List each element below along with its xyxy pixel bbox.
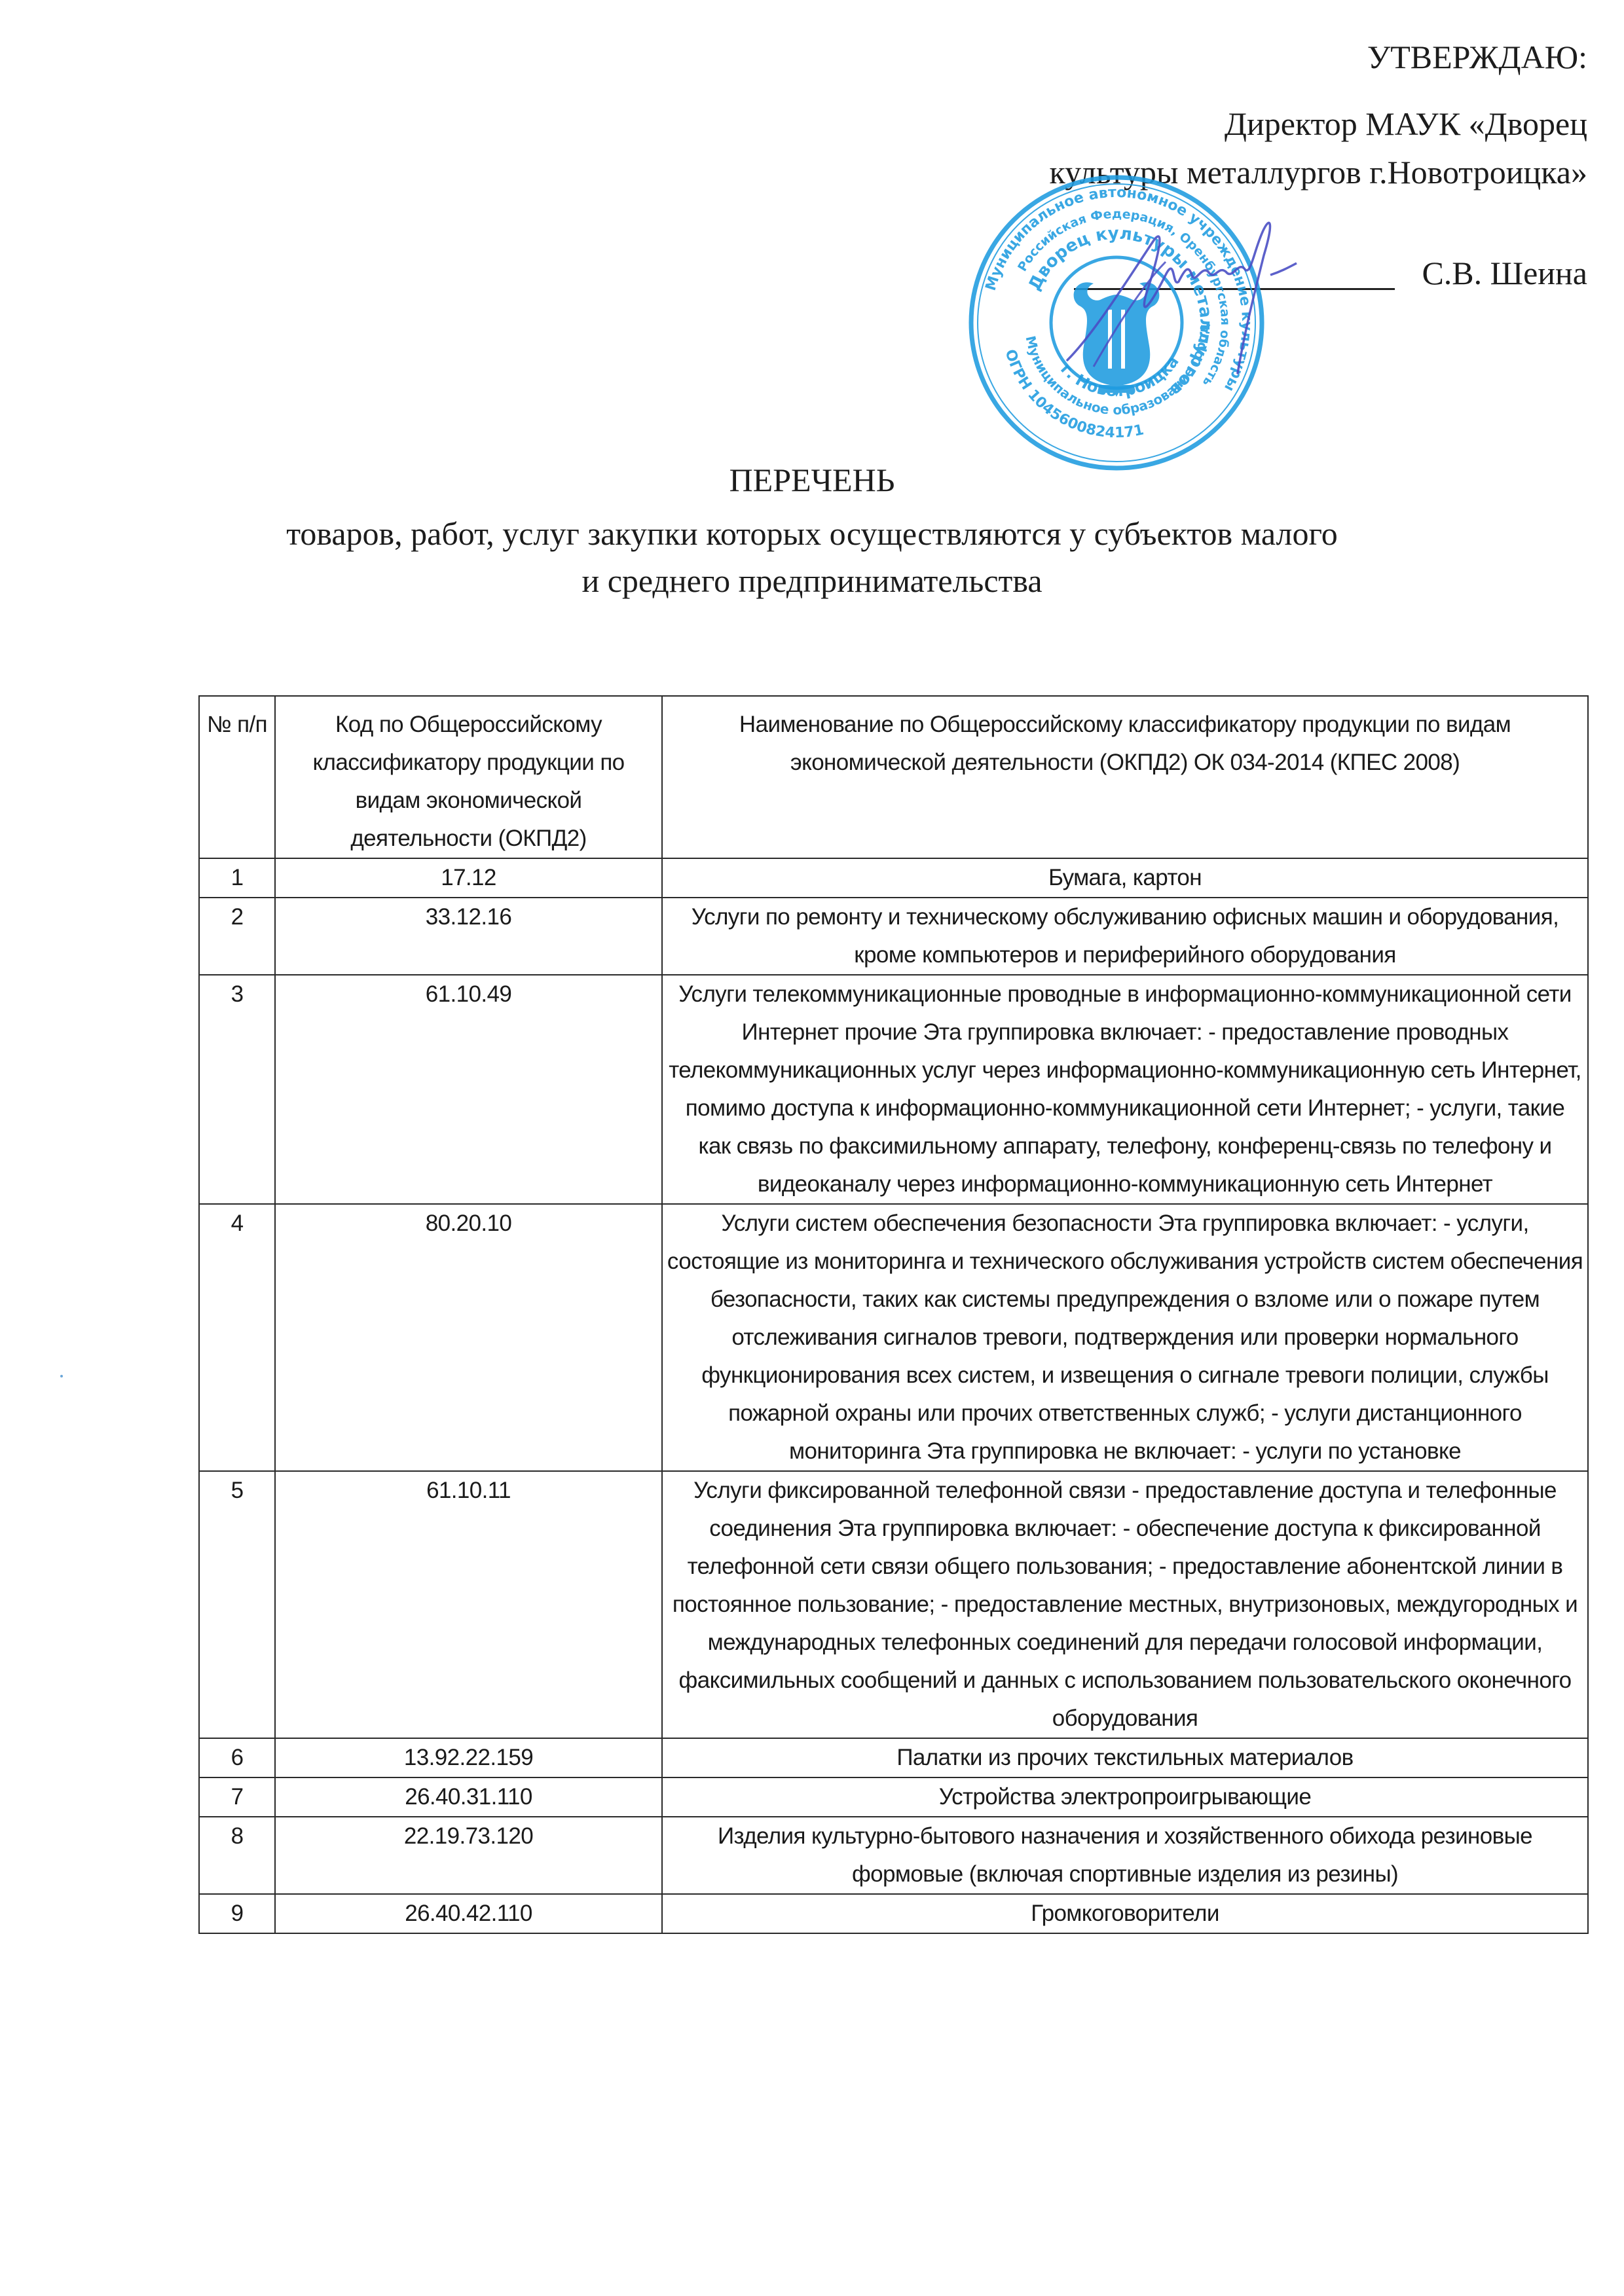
- stamp-ring3-text: Муниципальное образование город Новотрои…: [963, 169, 1211, 418]
- row-name: Изделия культурно-бытового назначения и …: [662, 1817, 1588, 1894]
- table-row: 5 61.10.11 Услуги фиксированной телефонн…: [199, 1471, 1588, 1738]
- row-number: 1: [199, 858, 275, 898]
- document-subtitle-line1: товаров, работ, услуг закупки которых ос…: [0, 517, 1624, 550]
- header-name: Наименование по Общероссийскому классифи…: [662, 696, 1588, 858]
- row-number: 3: [199, 975, 275, 1204]
- row-code: 80.20.10: [275, 1204, 662, 1471]
- row-name: Услуги систем обеспечения безопасности Э…: [662, 1204, 1588, 1471]
- approver-position-line1: Директор МАУК «Дворец: [1225, 107, 1587, 140]
- table-row: 3 61.10.49 Услуги телекоммуникационные п…: [199, 975, 1588, 1204]
- table-row: 6 13.92.22.159 Палатки из прочих текстил…: [199, 1738, 1588, 1777]
- row-code: 26.40.31.110: [275, 1777, 662, 1817]
- row-name: Услуги по ремонту и техническому обслужи…: [662, 898, 1588, 975]
- header-code: Код по Общероссийскому классификатору пр…: [275, 696, 662, 858]
- procurement-list-table: № п/п Код по Общероссийскому классификат…: [198, 695, 1589, 1934]
- row-code: 22.19.73.120: [275, 1817, 662, 1894]
- row-name: Устройства электропроигрывающие: [662, 1777, 1588, 1817]
- row-number: 7: [199, 1777, 275, 1817]
- row-number: 5: [199, 1471, 275, 1738]
- row-number: 4: [199, 1204, 275, 1471]
- row-code: 26.40.42.110: [275, 1894, 662, 1933]
- stamp-center-bottom: г. Новотроицка: [1057, 353, 1183, 401]
- approver-name: С.В. Шеина: [1422, 257, 1587, 289]
- row-code: 61.10.11: [275, 1471, 662, 1738]
- table-row: 1 17.12 Бумага, картон: [199, 858, 1588, 898]
- row-name: Палатки из прочих текстильных материалов: [662, 1738, 1588, 1777]
- row-name: Услуги телекоммуникационные проводные в …: [662, 975, 1588, 1204]
- row-number: 9: [199, 1894, 275, 1933]
- row-number: 8: [199, 1817, 275, 1894]
- row-name: Бумага, картон: [662, 858, 1588, 898]
- row-name: Услуги фиксированной телефонной связи - …: [662, 1471, 1588, 1738]
- row-name: Громкоговорители: [662, 1894, 1588, 1933]
- table-row: 2 33.12.16 Услуги по ремонту и техническ…: [199, 898, 1588, 975]
- svg-text:г. Новотроицка: г. Новотроицка: [1057, 353, 1183, 401]
- table-row: 8 22.19.73.120 Изделия культурно-бытовог…: [199, 1817, 1588, 1894]
- row-number: 2: [199, 898, 275, 975]
- svg-text:ОГРН 1045600824171: ОГРН 1045600824171: [1002, 348, 1145, 441]
- svg-text:Дворец культуры металлургов: Дворец культуры металлургов: [1025, 224, 1215, 399]
- table-header-row: № п/п Код по Общероссийскому классификат…: [199, 696, 1588, 858]
- approver-position-line2: культуры металлургов г.Новотроицка»: [1049, 156, 1587, 189]
- stamp-ogrn: ОГРН 1045600824171: [1002, 348, 1145, 441]
- header-number: № п/п: [199, 696, 275, 858]
- signature-line: [1074, 288, 1395, 290]
- official-stamp-icon: Муниципальное автономное учреждение куль…: [963, 169, 1270, 477]
- approval-heading: УТВЕРЖДАЮ:: [1367, 41, 1587, 73]
- row-code: 33.12.16: [275, 898, 662, 975]
- row-number: 6: [199, 1738, 275, 1777]
- table-row: 7 26.40.31.110 Устройства электропроигры…: [199, 1777, 1588, 1817]
- stamp-center-top: Дворец культуры металлургов: [1025, 224, 1215, 399]
- row-code: 17.12: [275, 858, 662, 898]
- document-title: ПЕРЕЧЕНЬ: [0, 464, 1624, 496]
- row-code: 61.10.49: [275, 975, 662, 1204]
- signature-icon: [1054, 203, 1369, 399]
- table-row: 4 80.20.10 Услуги систем обеспечения без…: [199, 1204, 1588, 1471]
- table-row: 9 26.40.42.110 Громкоговорители: [199, 1894, 1588, 1933]
- document-subtitle-line2: и среднего предпринимательства: [0, 564, 1624, 597]
- svg-text:Муниципальное образование горо: Муниципальное образование город Новотрои…: [963, 169, 1211, 418]
- row-code: 13.92.22.159: [275, 1738, 662, 1777]
- svg-text:Российская Федерация, Оренбург: Российская Федерация, Оренбургская облас…: [1015, 207, 1232, 389]
- stamp-ring2-text: Российская Федерация, Оренбургская облас…: [1015, 207, 1232, 389]
- scan-speck: [60, 1375, 63, 1377]
